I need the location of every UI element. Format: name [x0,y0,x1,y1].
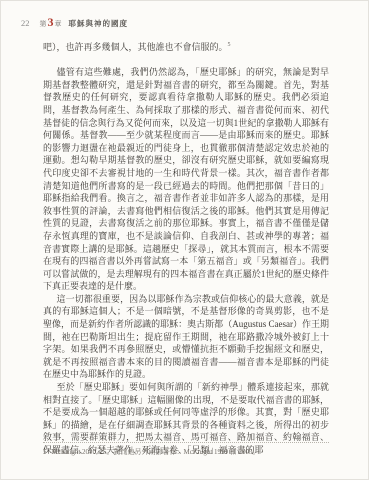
footnote-marker: 5 [43,448,47,456]
body-paragraph: 吧），也許再多幾個人，其他誰也不會信服的。5 [43,41,329,54]
page-number: 22 [21,18,30,28]
footnote: 5McKnight 2010, 25。對比他另外兩部著作：McKnight 19… [43,448,329,457]
footnote-area: 5McKnight 2010, 25。對比他另外兩部著作：McKnight 19… [43,442,329,457]
chapter-prefix: 第 [40,19,47,29]
page-header: 22 第 3 章 耶穌與神的國度 [21,15,332,30]
chapter-number: 3 [48,15,54,30]
footnote-text: McKnight 2010, 25。對比他另外兩部著作：McKnight 199… [52,448,260,456]
chapter-suffix: 章 [55,19,62,29]
footnote-separator [43,442,329,443]
footnote-ref: 5 [228,42,231,48]
body-text: 吧），也許再多幾個人，其他誰也不會信服的。5儘管有這些難處，我們仍然認為，「歷史… [43,41,329,457]
book-page: 22 第 3 章 耶穌與神的國度 吧），也許再多幾個人，其他誰也不會信服的。5儘… [0,0,369,480]
chapter-title: 耶穌與神的國度 [69,18,129,29]
body-paragraph: 這一切都很重要，因為以耶穌作為宗教或信仰核心的最大意義，就是真的有耶穌這個人；不… [43,293,329,381]
body-paragraph: 儘管有這些難處，我們仍然認為，「歷史耶穌」的研究，無論是對早期基督教整體研究，還… [43,66,329,293]
